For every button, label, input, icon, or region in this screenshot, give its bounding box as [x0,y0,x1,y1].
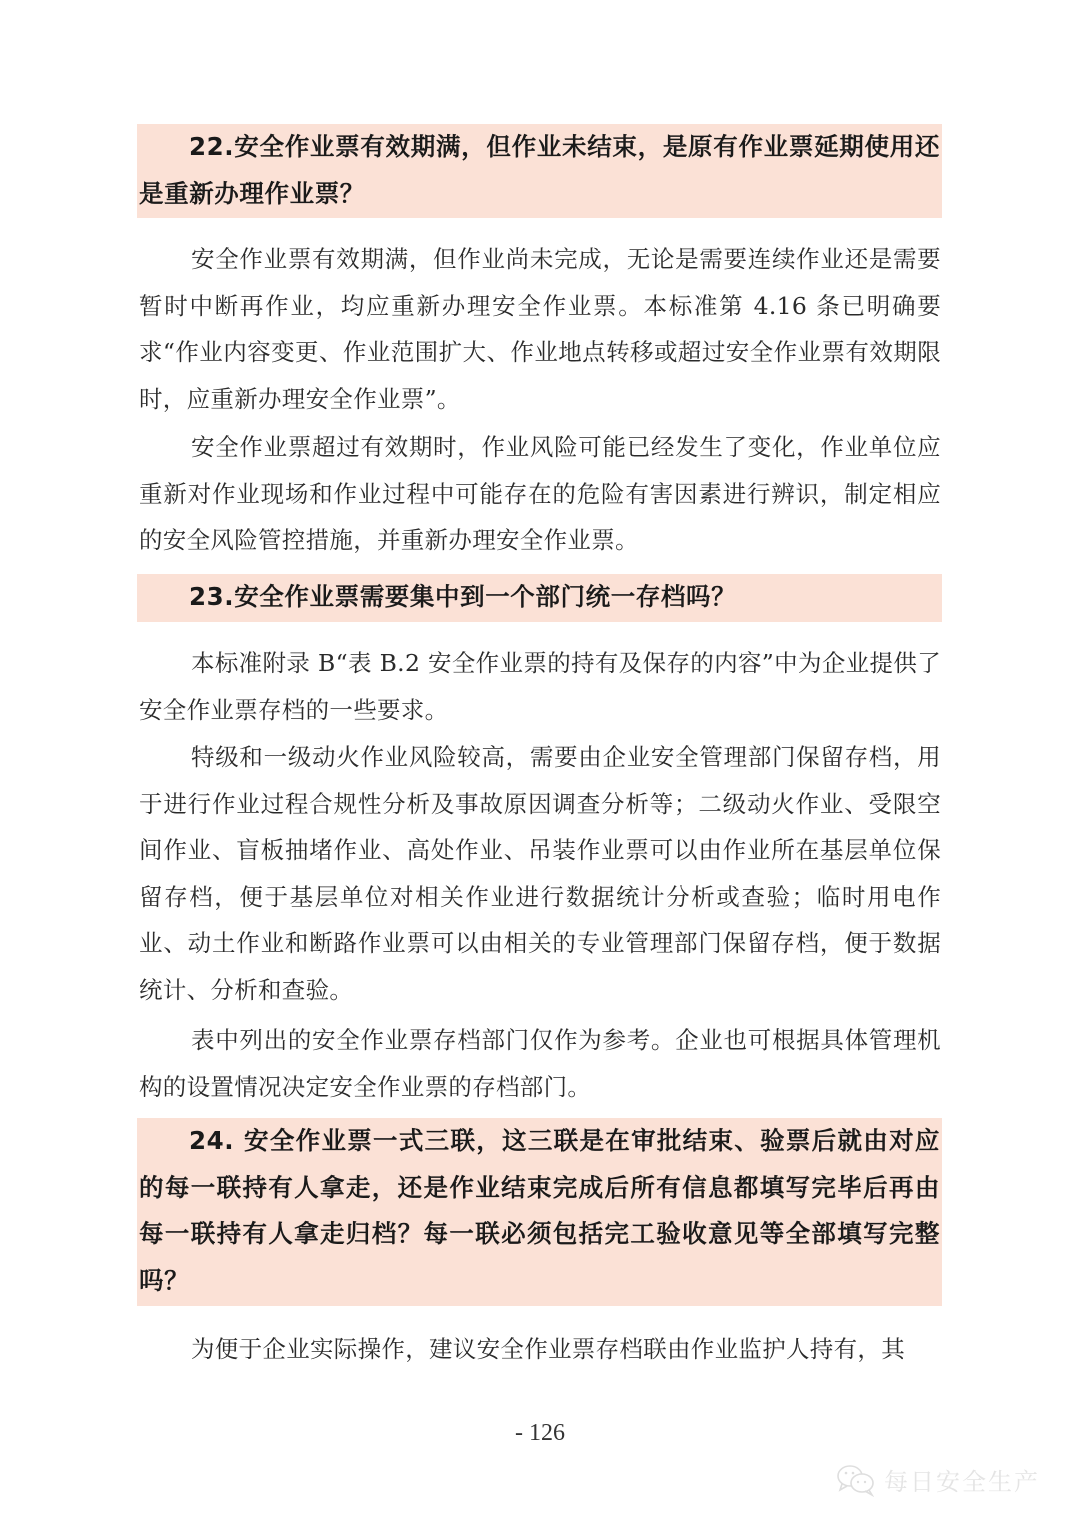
answer-23-paragraph-3: 表中列出的安全作业票存档部门仅作为参考。企业也可根据具体管理机构的设置情况决定安… [139,1017,941,1110]
document-page: 22.安全作业票有效期满，但作业未结束，是原有作业票延期使用还是重新办理作业票？… [0,0,1080,1528]
answer-23-paragraph-2: 特级和一级动火作业风险较高，需要由企业安全管理部门保留存档，用于进行作业过程合规… [139,734,941,1013]
answer-23-paragraph-1: 本标准附录 B“表 B.2 安全作业票的持有及保存的内容”中为企业提供了安全作业… [139,640,941,733]
page-number: - 126 [0,1420,1080,1447]
question-heading-23: 23.安全作业票需要集中到一个部门统一存档吗？ [137,574,942,622]
wechat-icon [836,1463,876,1497]
answer-24-paragraph-1: 为便于企业实际操作，建议安全作业票存档联由作业监护人持有，其 [139,1326,941,1373]
question-22-text: 22.安全作业票有效期满，但作业未结束，是原有作业票延期使用还是重新办理作业票？ [139,124,940,217]
question-heading-22: 22.安全作业票有效期满，但作业未结束，是原有作业票延期使用还是重新办理作业票？ [137,124,942,218]
answer-22-paragraph-2: 安全作业票超过有效期时，作业风险可能已经发生了变化，作业单位应重新对作业现场和作… [139,424,941,564]
answer-22-paragraph-1: 安全作业票有效期满，但作业尚未完成，无论是需要连续作业还是需要暂时中断再作业，均… [139,236,941,422]
watermark-text: 每日安全生产 [884,1462,1040,1497]
question-23-text: 23.安全作业票需要集中到一个部门统一存档吗？ [139,574,940,621]
question-heading-24: 24. 安全作业票一式三联，这三联是在审批结束、验票后就由对应的每一联持有人拿走… [137,1118,942,1306]
watermark: 每日安全生产 [836,1462,1040,1497]
question-24-text: 24. 安全作业票一式三联，这三联是在审批结束、验票后就由对应的每一联持有人拿走… [139,1118,940,1304]
